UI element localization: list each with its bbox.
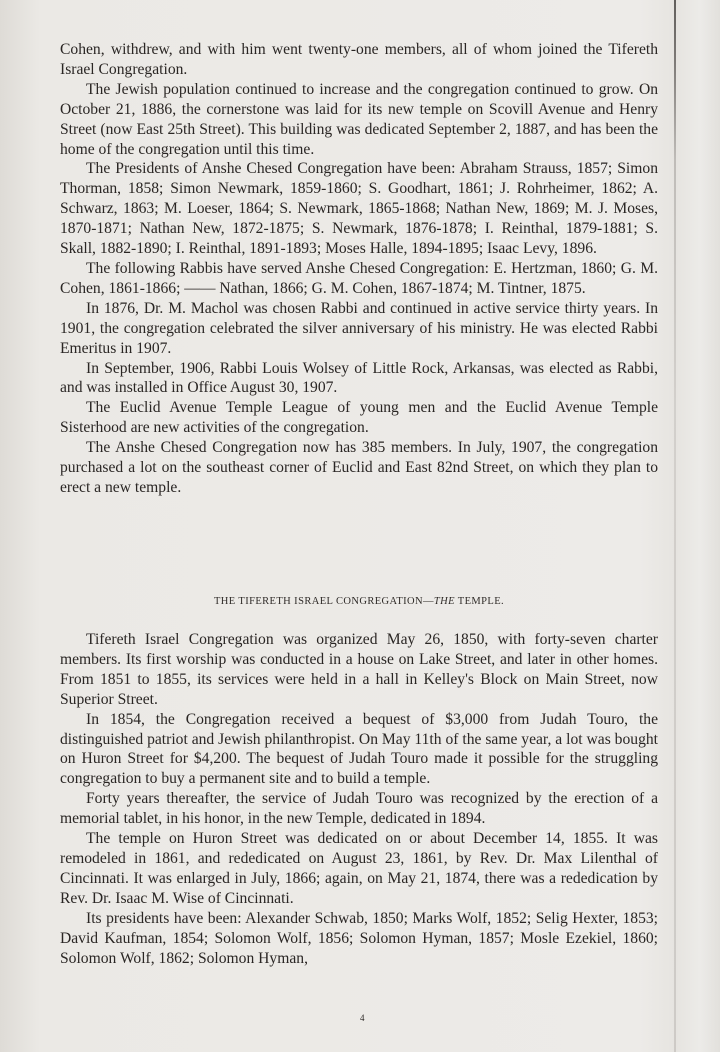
page-fold-line <box>674 0 676 1052</box>
paragraph: The Jewish population continued to incre… <box>60 80 658 160</box>
paragraph: The Presidents of Anshe Chesed Congregat… <box>60 159 658 259</box>
section-tifereth-israel: Tifereth Israel Congregation was organiz… <box>60 630 658 968</box>
page-number: 4 <box>360 1013 365 1023</box>
paragraph: The Euclid Avenue Temple League of young… <box>60 398 658 438</box>
paragraph: In 1854, the Congregation received a beq… <box>60 710 658 790</box>
paragraph: The temple on Huron Street was dedicated… <box>60 829 658 909</box>
paragraph: The Anshe Chesed Congregation now has 38… <box>60 438 658 498</box>
section-anshe-chesed: Cohen, withdrew, and with him went twent… <box>60 40 658 498</box>
heading-tail: TEMPLE. <box>455 596 504 607</box>
scanned-page: Cohen, withdrew, and with him went twent… <box>0 0 720 1052</box>
paragraph: Forty years thereafter, the service of J… <box>60 789 658 829</box>
heading-text: THE TIFERETH ISRAEL CONGREGATION— <box>214 596 434 607</box>
paragraph: In September, 1906, Rabbi Louis Wolsey o… <box>60 359 658 399</box>
paragraph: The following Rabbis have served Anshe C… <box>60 259 658 299</box>
section-heading: THE TIFERETH ISRAEL CONGREGATION—THE TEM… <box>60 596 658 607</box>
paragraph: Its presidents have been: Alexander Schw… <box>60 909 658 969</box>
paragraph: Tifereth Israel Congregation was organiz… <box>60 630 658 710</box>
paragraph: In 1876, Dr. M. Machol was chosen Rabbi … <box>60 299 658 359</box>
heading-italic: THE <box>434 596 455 607</box>
paragraph: Cohen, withdrew, and with him went twent… <box>60 40 658 80</box>
